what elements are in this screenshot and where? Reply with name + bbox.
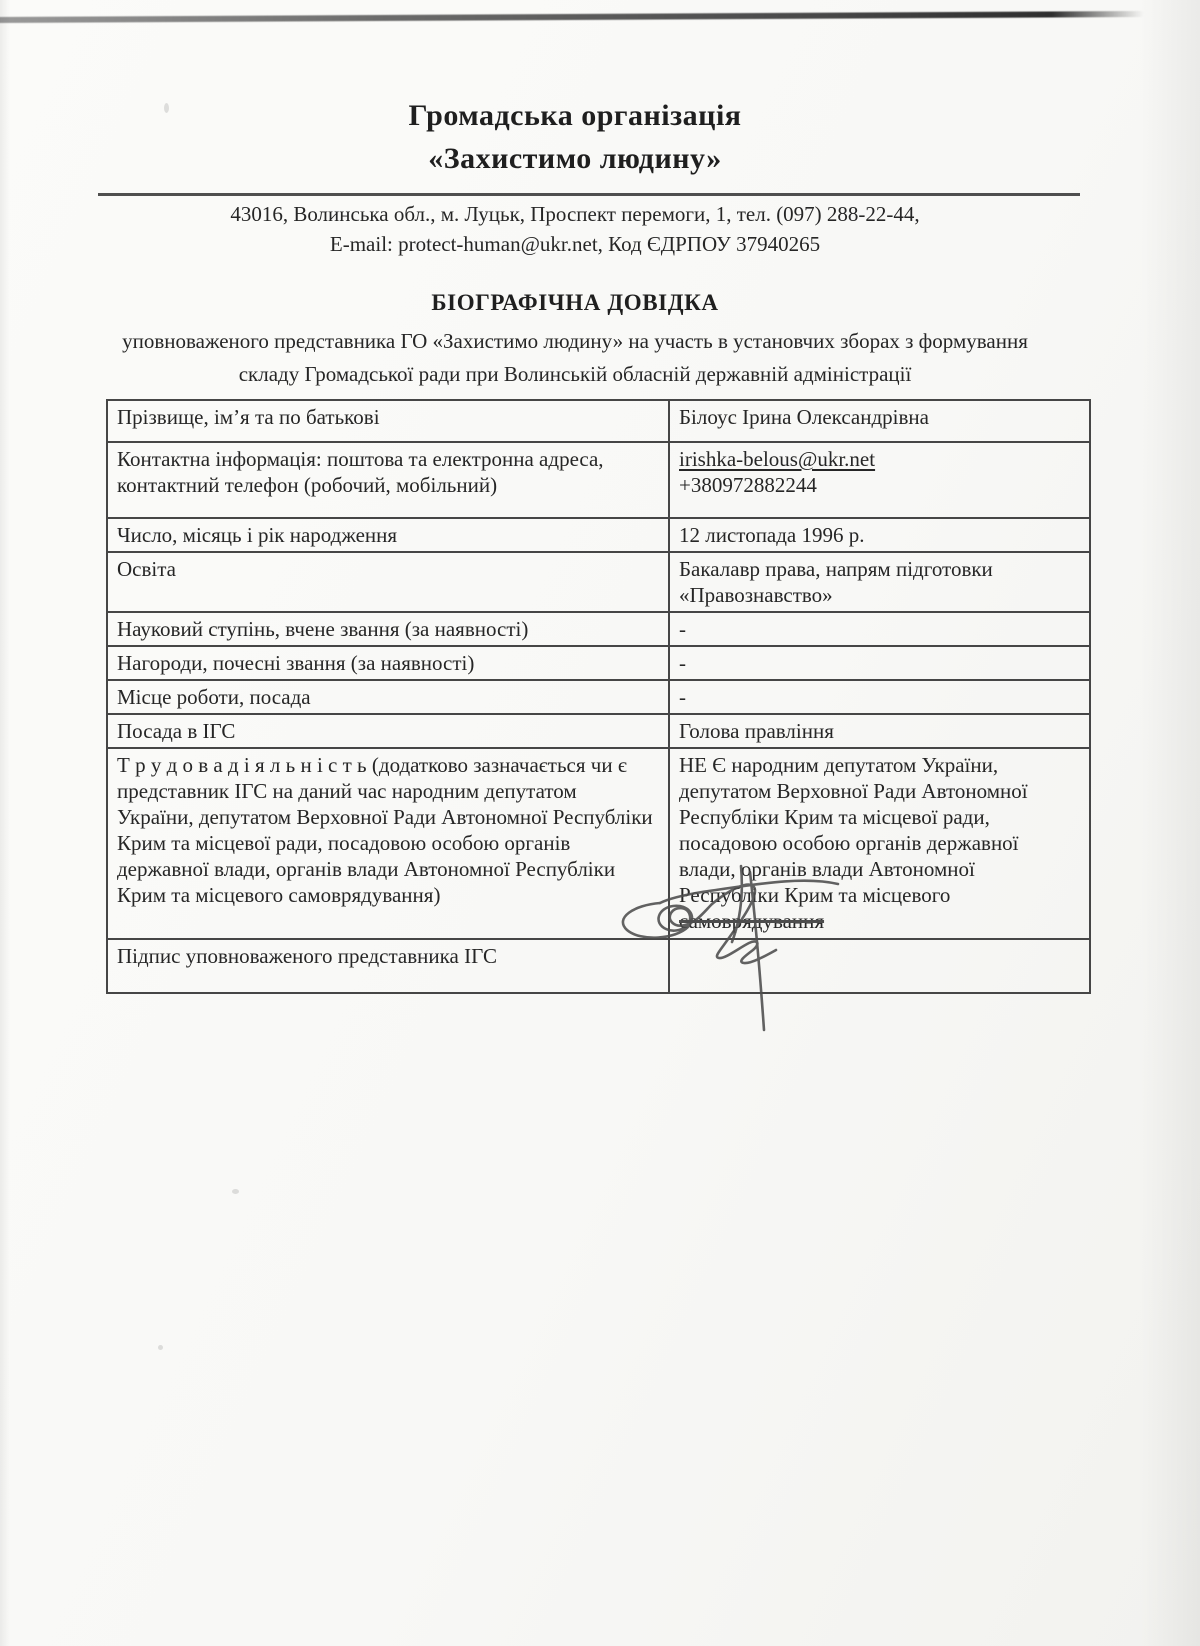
table-row-position-igs: Посада в ІГС Голова правління [107,714,1090,748]
row-value: irishka-belous@ukr.net +380972882244 [669,442,1090,518]
row-value: НЕ Є народним депутатом України, депутат… [669,748,1090,939]
row-value: - [669,646,1090,680]
scan-artifact-top-line [0,11,1144,23]
row-value: - [669,612,1090,646]
row-value: Голова правління [669,714,1090,748]
label-spaced: Т р у д о в а д і я л ь н і с т ь [117,753,367,777]
row-label: Число, місяць і рік народження [107,518,669,552]
row-label: Підпис уповноваженого представника ІГС [107,939,669,993]
document-title: БІОГРАФІЧНА ДОВІДКА [0,290,1150,316]
org-address-line1: 43016, Волинська обл., м. Луцьк, Проспек… [0,199,1150,229]
row-value: Бакалавр права, напрям підготовки «Право… [669,552,1090,612]
table-row-education: Освіта Бакалавр права, напрям підготовки… [107,552,1090,612]
header-divider [98,193,1080,196]
row-label: Контактна інформація: поштова та електро… [107,442,669,518]
value-main: НЕ Є народним депутатом України, депутат… [679,753,1028,907]
scan-smudge [232,1189,239,1194]
table-row-signature: Підпис уповноваженого представника ІГС [107,939,1090,993]
table-row-work-activity: Т р у д о в а д і я л ь н і с т ь (додат… [107,748,1090,939]
table-row-workplace: Місце роботи, посада - [107,680,1090,714]
document-subtitle-line2: складу Громадської ради при Волинській о… [60,358,1090,391]
phone-value: +380972882244 [679,473,817,497]
row-label: Т р у д о в а д і я л ь н і с т ь (додат… [107,748,669,939]
email-value: irishka-belous@ukr.net [679,447,875,471]
org-address: 43016, Волинська обл., м. Луцьк, Проспек… [0,199,1150,259]
row-label: Посада в ІГС [107,714,669,748]
org-name-line2: «Захистимо людину» [0,137,1150,180]
signature-cell [669,939,1090,993]
bio-table: Прізвище, ім’я та по батькові Білоус Іри… [106,399,1091,994]
table-row-contacts: Контактна інформація: поштова та електро… [107,442,1090,518]
scanned-page: Громадська організація «Захистимо людину… [0,0,1200,1646]
document-subtitle-line1: уповноваженого представника ГО «Захистим… [60,325,1090,358]
row-label: Освіта [107,552,669,612]
table-row-birthdate: Число, місяць і рік народження 12 листоп… [107,518,1090,552]
table-row-awards: Нагороди, почесні звання (за наявності) … [107,646,1090,680]
row-label: Прізвище, ім’я та по батькові [107,400,669,442]
table-row-surname: Прізвище, ім’я та по батькові Білоус Іри… [107,400,1090,442]
row-value: - [669,680,1090,714]
value-struck-word: самоврядування [679,909,824,933]
table-row-degree: Науковий ступінь, вчене звання (за наявн… [107,612,1090,646]
row-value: 12 листопада 1996 р. [669,518,1090,552]
org-address-line2: E-mail: protect-human@ukr.net, Код ЄДРПО… [0,229,1150,259]
scan-smudge [158,1345,163,1350]
org-name-line1: Громадська організація [0,94,1150,137]
row-label: Нагороди, почесні звання (за наявності) [107,646,669,680]
row-value: Білоус Ірина Олександрівна [669,400,1090,442]
org-name: Громадська організація «Захистимо людину… [0,94,1150,180]
document-subtitle: уповноваженого представника ГО «Захистим… [60,325,1090,391]
row-label: Науковий ступінь, вчене звання (за наявн… [107,612,669,646]
row-label: Місце роботи, посада [107,680,669,714]
